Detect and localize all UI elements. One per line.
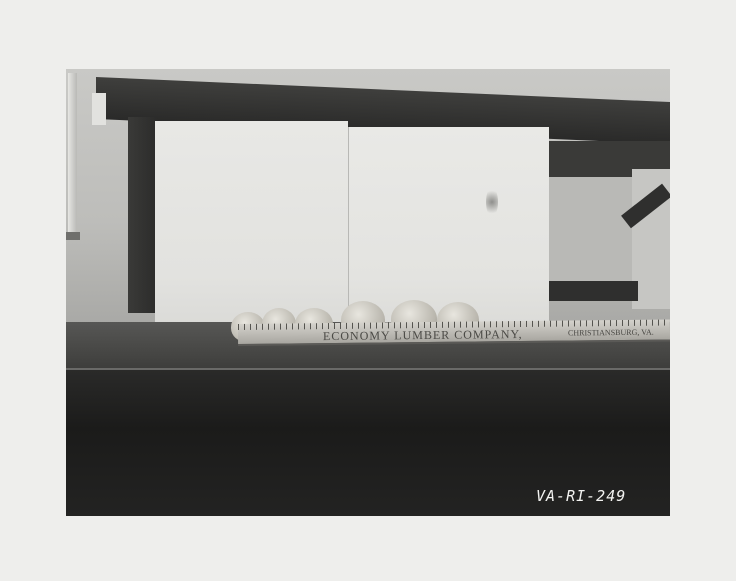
wall-pipe (68, 73, 77, 238)
yardstick-ruler: ECONOMY LUMBER COMPANY, CHRISTIANSBURG, … (238, 319, 670, 346)
shelf-right-base (548, 281, 638, 301)
ruler-company-text: ECONOMY LUMBER COMPANY, (323, 327, 523, 344)
shelf-right-panel (548, 177, 634, 287)
photo-mount: ECONOMY LUMBER COMPANY, CHRISTIANSBURG, … (0, 0, 736, 581)
ruler-city-text: CHRISTIANSBURG, VA. (568, 328, 654, 338)
shelf-beam-end (92, 93, 106, 125)
pipe-bracket (66, 232, 80, 240)
shelf-leg (128, 117, 158, 313)
photograph: ECONOMY LUMBER COMPANY, CHRISTIANSBURG, … (66, 69, 670, 516)
board-stain (486, 187, 498, 217)
photo-catalog-label: VA-RI-249 (536, 487, 626, 505)
